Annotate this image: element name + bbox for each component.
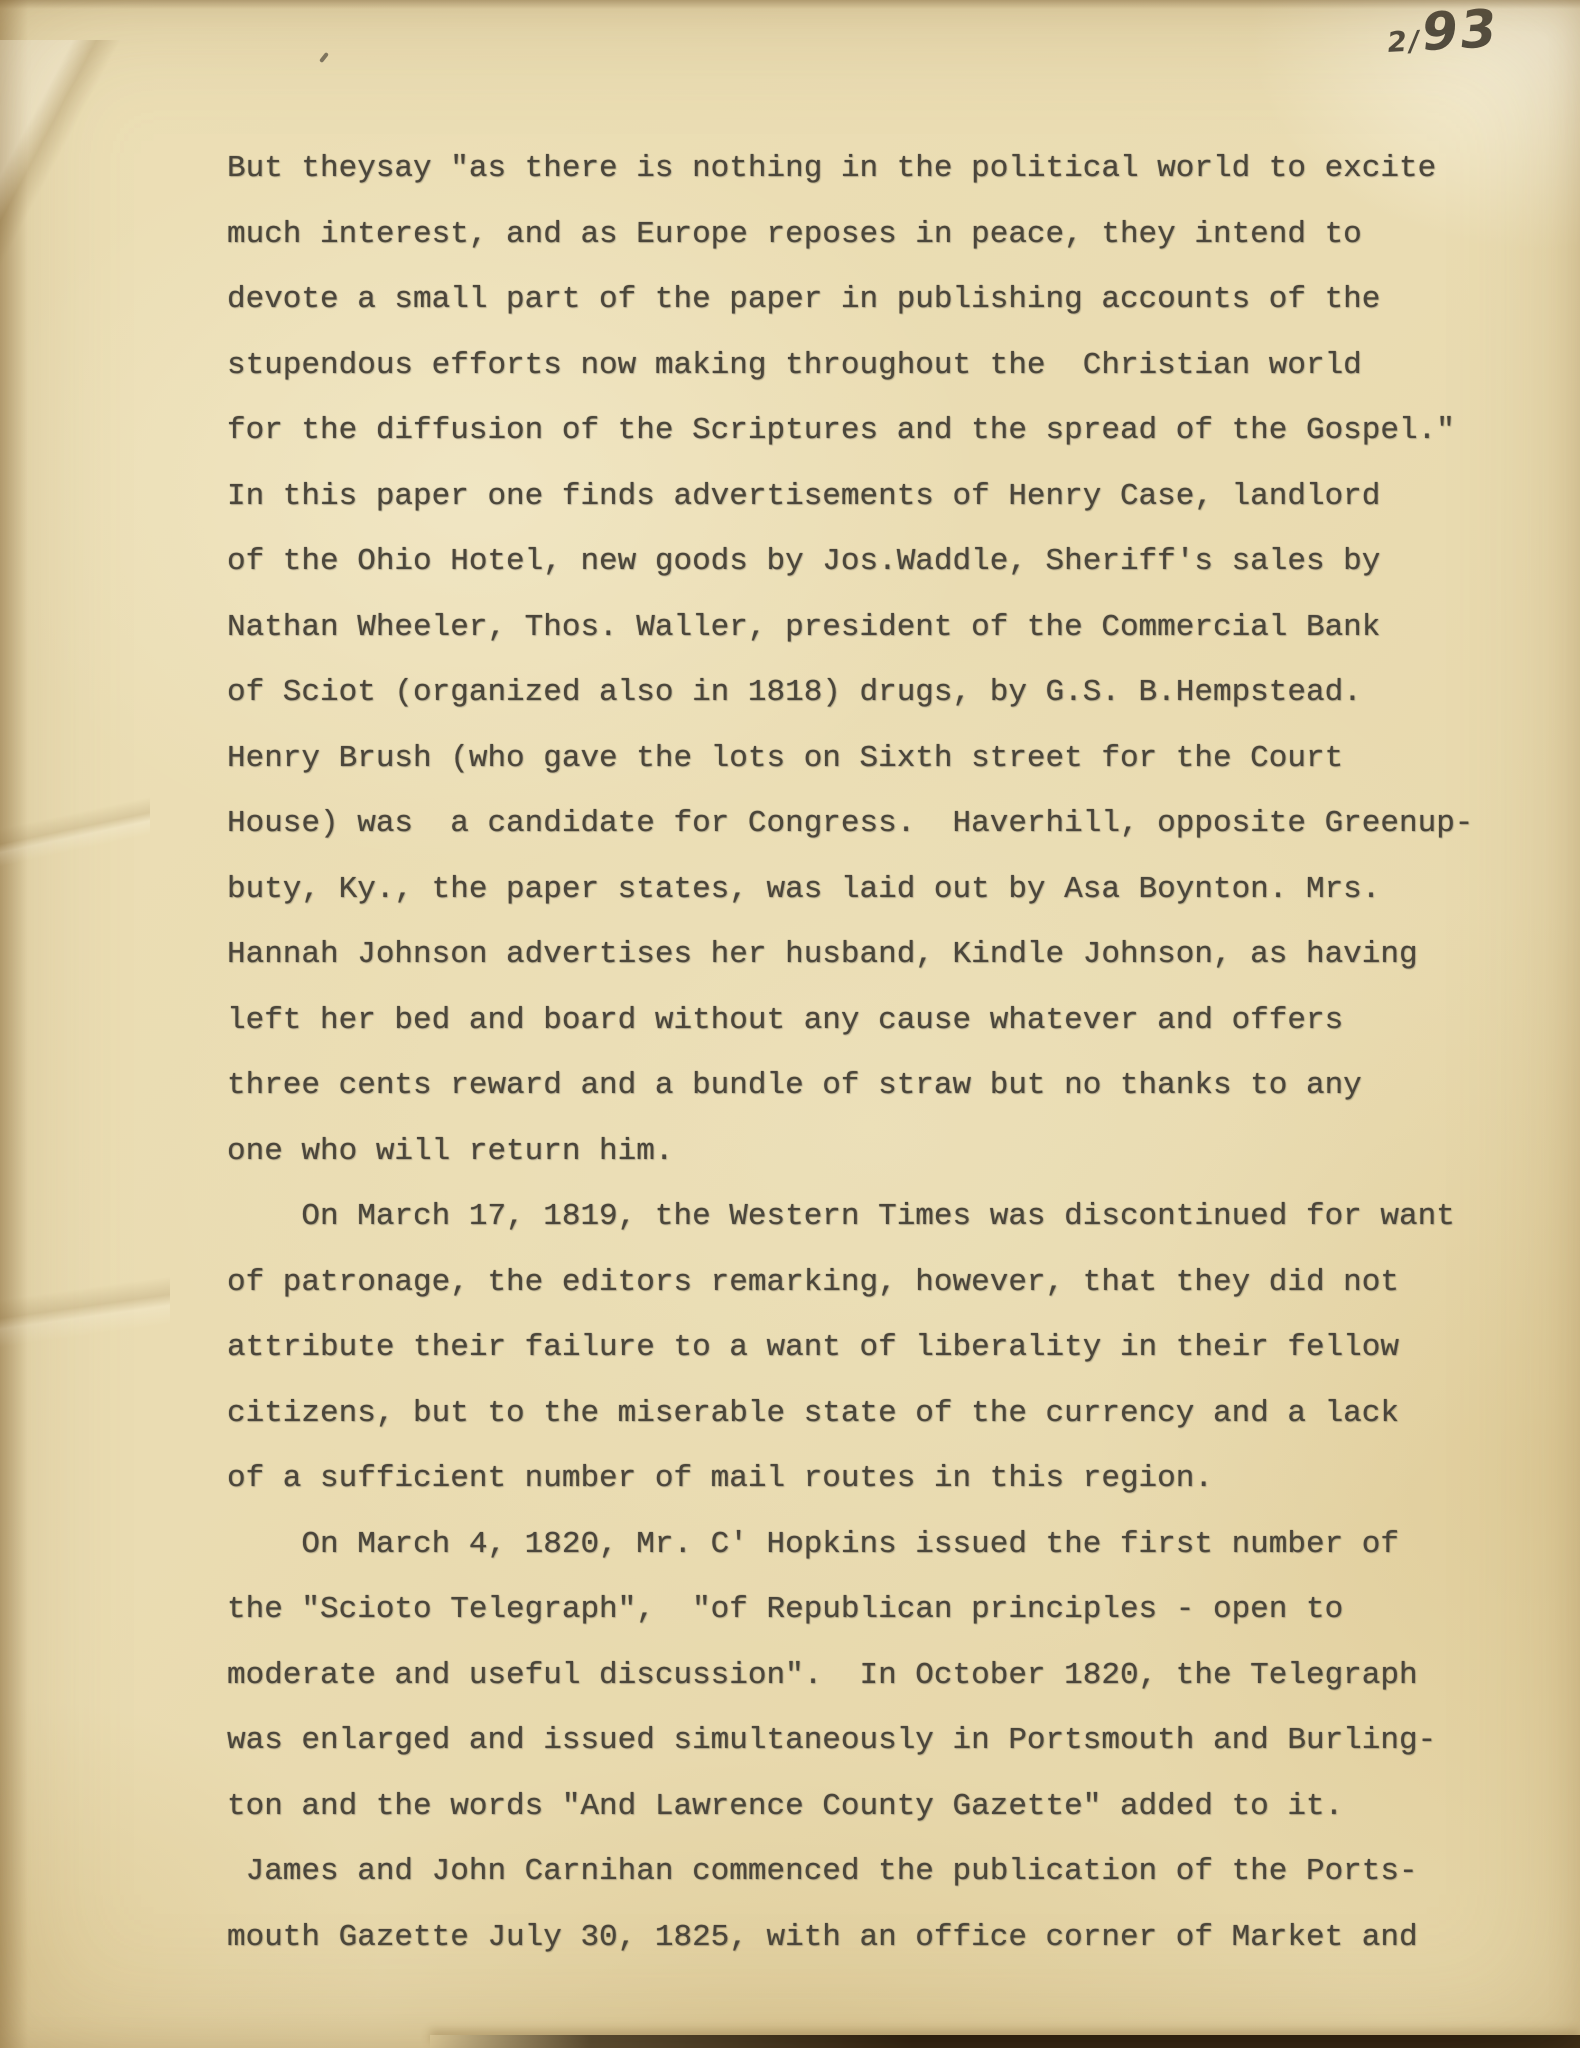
text-line: devote a small part of the paper in publ… — [227, 267, 1473, 333]
scan-edge-dark-bar — [430, 2035, 1580, 2048]
paper-top-edge-shading — [0, 0, 1580, 9]
text-line: moderate and useful discussion". In Octo… — [227, 1643, 1473, 1709]
text-line: of Sciot (organized also in 1818) drugs,… — [227, 660, 1473, 726]
text-line: citizens, but to the miserable state of … — [227, 1381, 1473, 1447]
text-line: for the diffusion of the Scriptures and … — [227, 398, 1473, 464]
text-line: In this paper one finds advertisements o… — [227, 464, 1473, 530]
text-line: On March 4, 1820, Mr. C' Hopkins issued … — [227, 1512, 1473, 1578]
text-line: stupendous efforts now making throughout… — [227, 333, 1473, 399]
text-line: Hannah Johnson advertises her husband, K… — [227, 922, 1473, 988]
text-line: Nathan Wheeler, Thos. Waller, president … — [227, 595, 1473, 661]
typewritten-text-block: But theysay "as there is nothing in the … — [227, 136, 1473, 1970]
text-line: one who will return him. — [227, 1119, 1473, 1185]
text-line: But theysay "as there is nothing in the … — [227, 136, 1473, 202]
handwritten-page-number: 2/93 — [1385, 3, 1500, 61]
text-line: the "Scioto Telegraph", "of Republican p… — [227, 1577, 1473, 1643]
text-line: ton and the words "And Lawrence County G… — [227, 1774, 1473, 1840]
text-line: of a sufficient number of mail routes in… — [227, 1446, 1473, 1512]
text-line: Henry Brush (who gave the lots on Sixth … — [227, 726, 1473, 792]
text-line: of the Ohio Hotel, new goods by Jos.Wadd… — [227, 529, 1473, 595]
text-line: On March 17, 1819, the Western Times was… — [227, 1184, 1473, 1250]
text-line: buty, Ky., the paper states, was laid ou… — [227, 857, 1473, 923]
text-line: House) was a candidate for Congress. Hav… — [227, 791, 1473, 857]
paper-left-edge-shading — [0, 0, 28, 2048]
text-line: much interest, and as Europe reposes in … — [227, 202, 1473, 268]
ink-speck — [319, 52, 329, 63]
text-line: of patronage, the editors remarking, how… — [227, 1250, 1473, 1316]
text-line: mouth Gazette July 30, 1825, with an off… — [227, 1905, 1473, 1971]
text-line: left her bed and board without any cause… — [227, 988, 1473, 1054]
scanned-paper-sheet: 2/93 But theysay "as there is nothing in… — [0, 0, 1580, 2048]
paper-corner-crease — [0, 40, 190, 440]
text-line: James and John Carnihan commenced the pu… — [227, 1839, 1473, 1905]
text-line: three cents reward and a bundle of straw… — [227, 1053, 1473, 1119]
text-line: was enlarged and issued simultaneously i… — [227, 1708, 1473, 1774]
text-line: attribute their failure to a want of lib… — [227, 1315, 1473, 1381]
